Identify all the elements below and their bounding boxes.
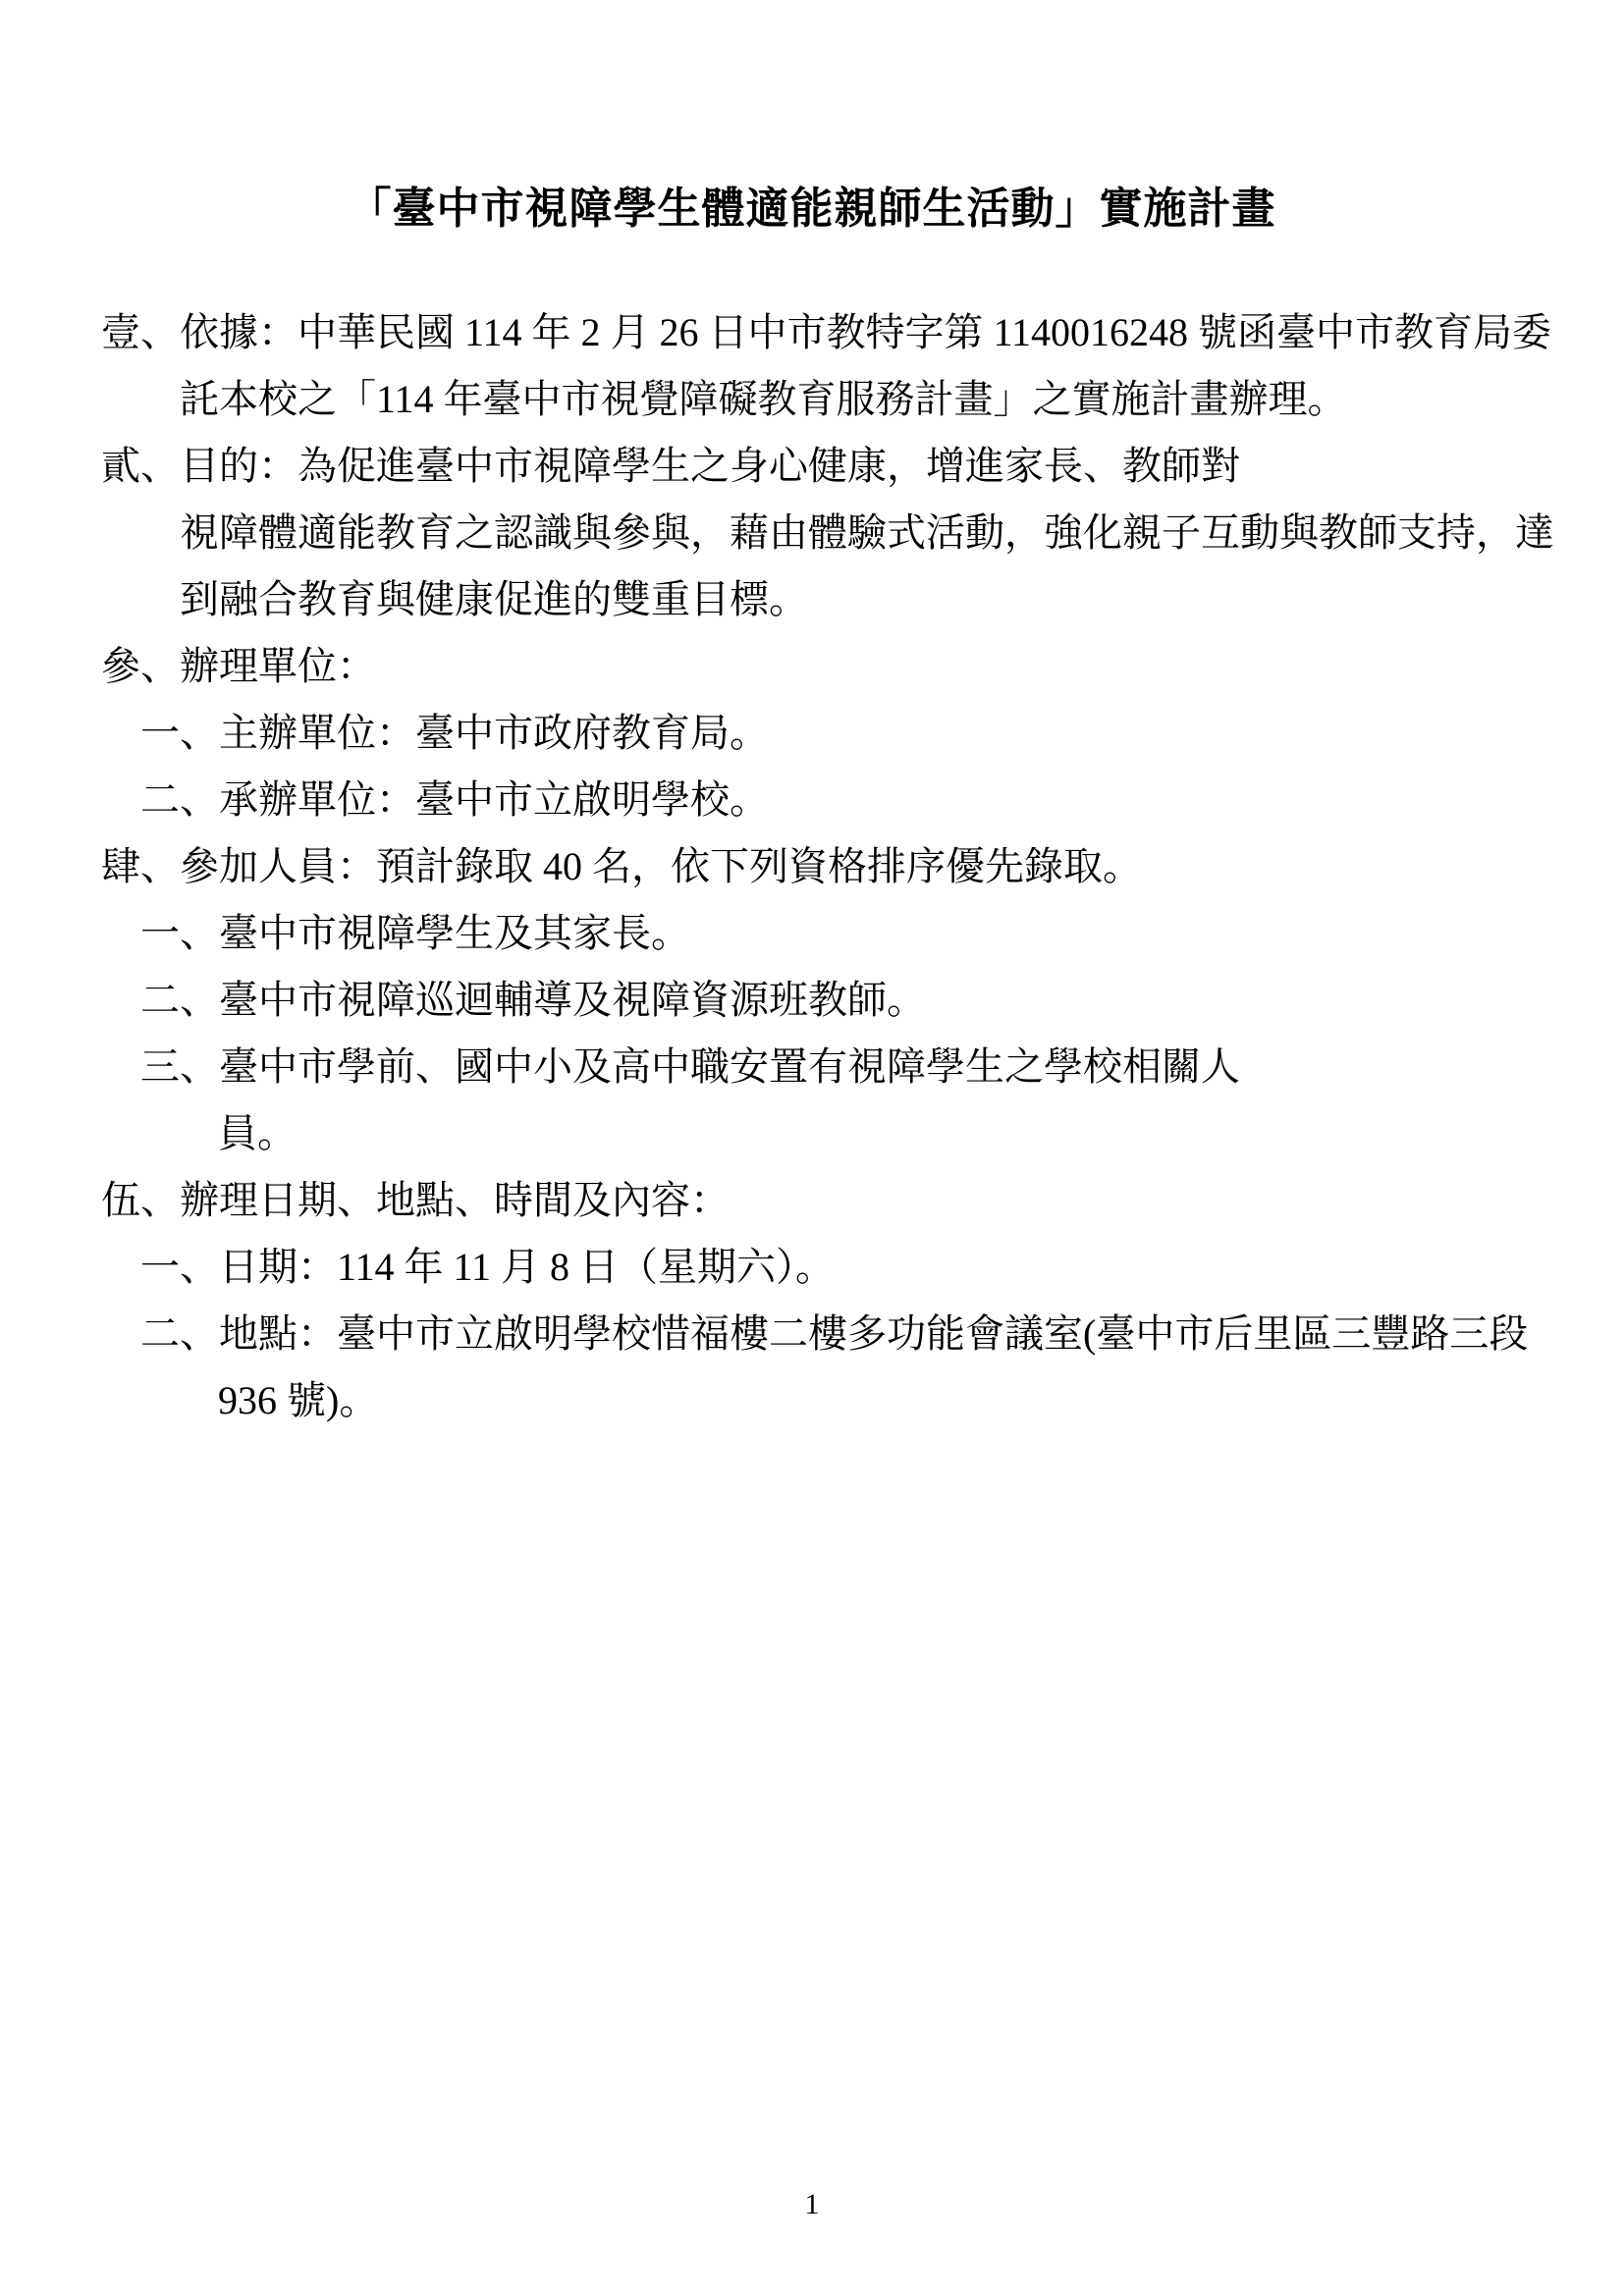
doc-line: 視障體適能教育之認識與參與，藉由體驗式活動，強化親子互動與教師支持，達 <box>180 500 1624 566</box>
doc-line: 一、主辦單位：臺中市政府教育局。 <box>140 700 1624 767</box>
doc-line: 到融合教育與健康促進的雙重目標。 <box>180 566 1624 633</box>
doc-line: 員。 <box>218 1100 1624 1167</box>
doc-line: 貳、目的：為促進臺中市視障學生之身心健康，增進家長、教師對 <box>101 433 1624 500</box>
doc-line: 一、臺中市視障學生及其家長。 <box>140 900 1624 967</box>
doc-line: 託本校之「114 年臺中市視覺障礙教育服務計畫」之實施計畫辦理。 <box>180 366 1624 433</box>
doc-line: 伍、辦理日期、地點、時間及內容： <box>101 1167 1624 1234</box>
page-title: 「臺中市視障學生體適能親師生活動」實施計畫 <box>0 173 1624 236</box>
doc-line: 肆、參加人員：預計錄取 40 名，依下列資格排序優先錄取。 <box>101 833 1624 900</box>
doc-line: 二、地點：臺中市立啟明學校惜福樓二樓多功能會議室(臺中市后里區三豐路三段 <box>140 1301 1624 1367</box>
document-body: 壹、依據：中華民國 114 年 2 月 26 日中市教特字第 114001624… <box>0 299 1624 1434</box>
doc-line: 二、承辦單位：臺中市立啟明學校。 <box>140 767 1624 833</box>
page-number: 1 <box>0 2185 1624 2224</box>
doc-line: 參、辦理單位： <box>101 633 1624 700</box>
doc-line: 936 號)。 <box>218 1367 1624 1434</box>
document-page: 「臺中市視障學生體適能親師生活動」實施計畫 壹、依據：中華民國 114 年 2 … <box>0 0 1624 2296</box>
doc-line: 一、日期：114 年 11 月 8 日（星期六）。 <box>140 1234 1624 1301</box>
doc-line: 壹、依據：中華民國 114 年 2 月 26 日中市教特字第 114001624… <box>101 299 1624 366</box>
doc-line: 二、臺中市視障巡迴輔導及視障資源班教師。 <box>140 967 1624 1034</box>
doc-line: 三、臺中市學前、國中小及高中職安置有視障學生之學校相關人 <box>140 1034 1624 1100</box>
